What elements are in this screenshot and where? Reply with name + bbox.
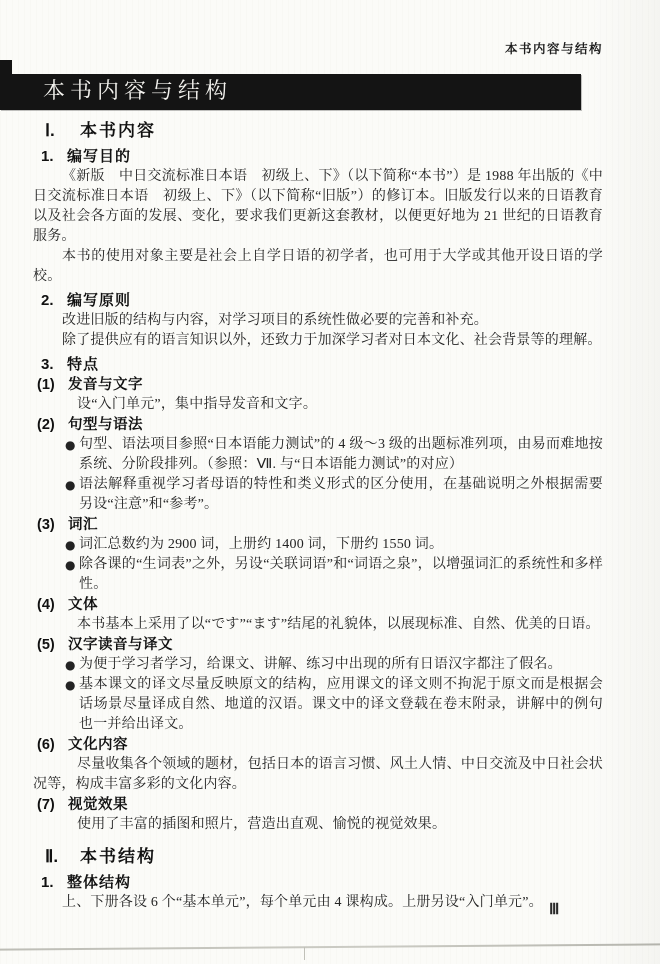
feature-6-number: (6) [37,735,68,755]
running-header: 本书内容与结构 [505,39,603,57]
bullet-text: 词汇总数约为 2900 词，上册约 1400 词，下册约 1550 词。 [79,537,443,552]
part2-heading: Ⅱ. 本书结构 [45,845,603,869]
paragraph: 上、下册各设 6 个“基本单元”，每个单元由 4 课构成。上册另设“入门单元”。 [33,893,603,913]
part2-heading-text: 本书结构 [80,845,156,869]
feature-2-text: 句型与语法 [68,415,143,435]
paragraph: 《新版 中日交流标准日本语 初级上、下》（以下简称“本书”）是 1988 年出版… [33,167,603,247]
feature-7-number: (7) [37,795,68,815]
scan-corner-mark [0,60,12,75]
bullet-icon: ● [65,475,76,495]
feature-2-number: (2) [37,415,68,435]
bullet-icon: ● [65,535,76,555]
paragraph: 除了提供应有的语言知识以外，还致力于加深学习者对日本文化、社会背景等的理解。 [33,331,603,351]
section-1-2-number: 2. [41,291,67,311]
feature-1-number: (1) [37,375,68,395]
bullet-icon: ● [65,675,76,695]
feature-3-text: 词汇 [68,515,98,535]
book-page: 本书内容与结构 本书内容与结构 Ⅰ. 本书内容 1. 编写目的 《新版 中日交流… [0,0,660,964]
chapter-banner: 本书内容与结构 [0,74,581,110]
feature-4-heading: (4) 文体 [37,595,603,615]
feature-7-heading: (7) 视觉效果 [37,795,603,815]
scan-edge-tick [304,947,305,960]
section-1-3-number: 3. [41,355,67,375]
bullet-item: ● 句型、语法项目参照“日本语能力测试”的 4 级～3 级的出题标准列项，由易而… [79,435,603,475]
section-1-1-text: 编写目的 [67,147,131,167]
feature-3-heading: (3) 词汇 [37,515,603,535]
bullet-item: ● 除各课的“生词表”之外，另设“关联词语”和“词语之泉”，以增强词汇的系统性和… [79,555,603,595]
page-content: Ⅰ. 本书内容 1. 编写目的 《新版 中日交流标准日本语 初级上、下》（以下简… [33,119,603,913]
section-2-1-heading: 1. 整体结构 [41,873,603,893]
paragraph: 使用了丰富的插图和照片，营造出直观、愉悦的视觉效果。 [77,815,603,835]
bullet-text: 基本课文的译文尽量反映原文的结构，应用课文的译文则不拘泥于原文而是根据会话场景尽… [79,677,603,732]
section-1-1-heading: 1. 编写目的 [41,147,603,167]
bullet-icon: ● [65,435,76,455]
feature-5-number: (5) [37,635,68,655]
part1-heading-numeral: Ⅰ. [45,119,80,143]
paragraph: 本书基本上采用了以“です”“ます”结尾的礼貌体，以展现标准、自然、优美的日语。 [77,615,603,635]
section-1-3-heading: 3. 特点 [41,355,603,375]
bullet-text: 除各课的“生词表”之外，另设“关联词语”和“词语之泉”，以增强词汇的系统性和多样… [79,557,603,592]
section-2-1-text: 整体结构 [67,873,131,893]
paragraph: 改进旧版的结构与内容，对学习项目的系统性做必要的完善和补充。 [33,311,603,331]
section-2-1-number: 1. [41,873,67,893]
paragraph: 尽量收集各个领域的题材，包括日本的语言习惯、风土人情、中日交流及中日社会状况等，… [33,755,603,795]
chapter-banner-title: 本书内容与结构 [43,74,232,110]
part1-heading: Ⅰ. 本书内容 [45,119,603,143]
part1-heading-text: 本书内容 [80,119,156,143]
bullet-item: ● 语法解释重视学习者母语的特性和类义形式的区分使用，在基础说明之外根据需要另设… [79,475,603,515]
bullet-icon: ● [65,655,76,675]
feature-6-heading: (6) 文化内容 [37,735,603,755]
section-1-1-number: 1. [41,147,67,167]
feature-2-heading: (2) 句型与语法 [37,415,603,435]
bullet-item: ● 为便于学习者学习，给课文、讲解、练习中出现的所有日语汉字都注了假名。 [79,655,603,675]
section-1-3-text: 特点 [67,355,99,375]
bullet-text: 语法解释重视学习者母语的特性和类义形式的区分使用，在基础说明之外根据需要另设“注… [79,477,603,512]
scan-edge-line [0,943,660,950]
bullet-text: 为便于学习者学习，给课文、讲解、练习中出现的所有日语汉字都注了假名。 [79,657,562,672]
paragraph: 本书的使用对象主要是社会上自学日语的初学者，也可用于大学或其他开设日语的学校。 [33,247,603,287]
feature-4-text: 文体 [68,595,98,615]
feature-5-text: 汉字读音与译文 [68,635,173,655]
section-1-2-text: 编写原则 [67,291,131,311]
bullet-text: 句型、语法项目参照“日本语能力测试”的 4 级～3 级的出题标准列项，由易而难地… [79,437,603,472]
feature-6-text: 文化内容 [68,735,128,755]
part2-heading-numeral: Ⅱ. [45,845,80,869]
paragraph: 设“入门单元”，集中指导发音和文字。 [77,395,603,415]
feature-1-heading: (1) 发音与文字 [37,375,603,395]
page-number: Ⅲ [549,900,559,919]
feature-5-heading: (5) 汉字读音与译文 [37,635,603,655]
feature-7-text: 视觉效果 [68,795,128,815]
feature-4-number: (4) [37,595,68,615]
section-1-2-heading: 2. 编写原则 [41,291,603,311]
bullet-icon: ● [65,555,76,575]
bullet-item: ● 基本课文的译文尽量反映原文的结构，应用课文的译文则不拘泥于原文而是根据会话场… [79,675,603,735]
bullet-item: ● 词汇总数约为 2900 词，上册约 1400 词，下册约 1550 词。 [79,535,603,555]
feature-3-number: (3) [37,515,68,535]
feature-1-text: 发音与文字 [68,375,143,395]
